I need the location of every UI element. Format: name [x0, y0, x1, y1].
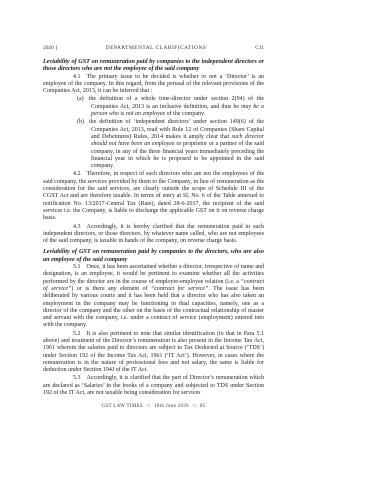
paragraph: 4.1 The primary issue to be decided is w… — [43, 74, 264, 96]
page-footer: GST LAW TIMES □ 18th June 2020 □ 85 — [43, 403, 264, 409]
list-item: (b)the definition of ‘independent direct… — [43, 119, 264, 170]
text-segment: of the company. — [165, 111, 205, 117]
text-segment: 5.2 It is also pertinent to note that si… — [43, 331, 264, 373]
paragraph: 4.3 Accordingly, it is hereby clarified … — [43, 224, 264, 246]
running-header: 2020 ] DEPARTMENTAL CLARIFICATIONS C11 — [43, 45, 264, 51]
section-heading: Leviability of GST on remuneration paid … — [43, 248, 264, 263]
text-segment: 4.3 Accordingly, it is hereby clarified … — [43, 224, 264, 245]
square-bullet-icon: □ — [147, 403, 150, 408]
document-body: Leviability of GST on remuneration paid … — [43, 58, 264, 397]
text-segment: 5.1 Once, it has been ascertained whethe… — [43, 264, 264, 285]
text-segment: “contract for service” — [151, 286, 208, 292]
issue-date: 18th June 2020 — [154, 404, 189, 409]
header-title: DEPARTMENTAL CLARIFICATIONS — [106, 45, 207, 51]
text-segment: ) or is there any element of — [71, 286, 150, 292]
section-heading: Leviability of GST on remuneration paid … — [43, 58, 264, 73]
text-segment: . The issue has been deliberated by vari… — [43, 286, 264, 328]
list-item: (a)the definition of a whole time-direct… — [43, 96, 264, 118]
list-item-label: (a) — [77, 96, 84, 102]
header-year: 2020 ] — [43, 45, 57, 51]
text-segment: Leviability of GST on remuneration paid … — [43, 248, 264, 262]
square-bullet-icon: □ — [193, 403, 196, 408]
paragraph: 5.1 Once, it has been ascertained whethe… — [43, 264, 264, 330]
page-number: 85 — [200, 404, 206, 409]
text-segment: 5.3 Accordingly, it is clarified that th… — [43, 375, 264, 396]
scanned-document-page: 2020 ] DEPARTMENTAL CLARIFICATIONS C11 L… — [0, 0, 370, 480]
text-segment: 4.2 Therefore, in respect of such direct… — [43, 171, 264, 221]
header-page-ref: C11 — [255, 45, 264, 51]
text-segment: Leviability of GST on remuneration paid … — [43, 58, 264, 72]
journal-name: GST LAW TIMES — [101, 404, 143, 409]
paragraph: 5.3 Accordingly, it is clarified that th… — [43, 375, 264, 397]
text-segment: 4.1 The primary issue to be decided is w… — [43, 74, 264, 95]
paragraph: 4.2 Therefore, in respect of such direct… — [43, 171, 264, 222]
paragraph: 5.2 It is also pertinent to note that si… — [43, 331, 264, 375]
text-column: 2020 ] DEPARTMENTAL CLARIFICATIONS C11 L… — [43, 45, 264, 409]
list-item-label: (b) — [77, 119, 84, 125]
text-segment: the definition of a whole time-director … — [89, 96, 264, 109]
